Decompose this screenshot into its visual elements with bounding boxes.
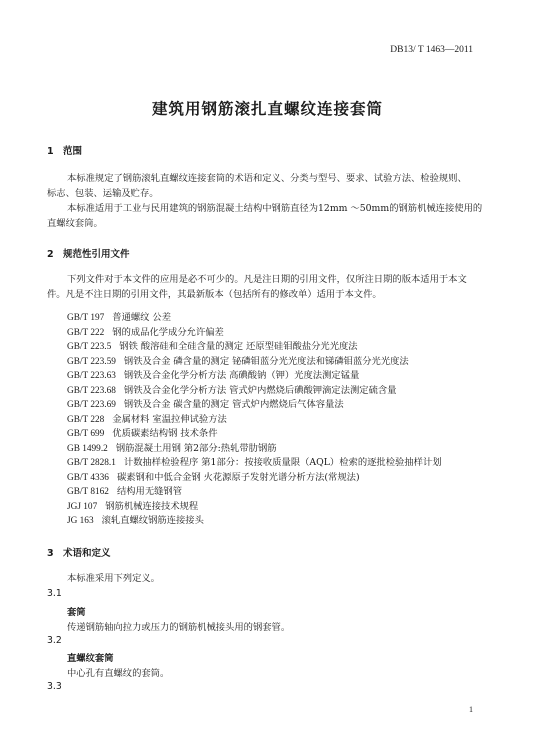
reference-code: GB/T 223.59 xyxy=(67,357,116,367)
paragraph-line: 本标准适用于工业与民用建筑的钢筋混凝土结构中钢筋直径为12mm ～50mm的钢筋… xyxy=(47,201,482,216)
reference-item: GB/T 222钢的成品化学成分允许偏差 xyxy=(67,324,224,338)
reference-item: GB/T 197普通螺纹 公差 xyxy=(67,309,171,323)
reference-title: 金属材料 室温拉伸试验方法 xyxy=(112,414,227,425)
reference-code: GB/T 223.5 xyxy=(67,342,111,352)
section-heading-normative-references: 2规范性引用文件 xyxy=(47,246,130,260)
reference-item: GB/T 223.63钢铁及合金化学分析方法 高碘酸钠（钾）光度法测定锰量 xyxy=(67,367,359,381)
reference-item: GB/T 2828.1计数抽样检验程序 第1部分：按接收质量限（AQL）检索的逐… xyxy=(67,454,442,468)
scope-paragraph-2: 本标准适用于工业与民用建筑的钢筋混凝土结构中钢筋直径为12mm ～50mm的钢筋… xyxy=(47,201,482,231)
section-title: 规范性引用文件 xyxy=(63,249,130,260)
paragraph-line: 标志、包装、运输及贮存。 xyxy=(47,186,467,201)
reference-title: 钢铁及合金化学分析方法 管式炉内燃烧后碘酸钾滴定法测定硫含量 xyxy=(124,385,397,396)
reference-code: GB/T 2828.1 xyxy=(67,458,116,468)
section-number: 2 xyxy=(47,249,63,260)
reference-item: GB/T 223.5钢铁 酸溶硅和全硅含量的测定 还原型硅钼酸盐分光光度法 xyxy=(67,338,358,352)
reference-title: 钢筋机械连接技术规程 xyxy=(105,501,198,512)
paragraph-line: 下列文件对于本文件的应用是必不可少的。凡是注日期的引用文件，仅所注日期的版本适用… xyxy=(47,272,467,287)
reference-item: JG 163滚轧直螺纹钢筋连接接头 xyxy=(67,512,204,526)
reference-item: GB/T 223.68钢铁及合金化学分析方法 管式炉内燃烧后碘酸钾滴定法测定硫含… xyxy=(67,382,396,396)
reference-code: GB/T 4336 xyxy=(67,473,109,483)
section-heading-scope: 1范围 xyxy=(47,143,82,157)
reference-item: GB/T 223.69钢铁及合金 碳含量的测定 管式炉内燃烧后气体容量法 xyxy=(67,396,344,410)
section-title: 术语和定义 xyxy=(63,548,111,559)
reference-title: 钢铁 酸溶硅和全硅含量的测定 还原型硅钼酸盐分光光度法 xyxy=(119,341,357,352)
clause-number: 3.3 xyxy=(47,681,62,692)
paragraph-line: 件。凡是不注日期的引用文件，其最新版本（包括所有的修改单）适用于本文件。 xyxy=(47,287,467,302)
term-name: 直螺纹套筒 xyxy=(67,650,114,664)
standard-number: DB13/ T 1463—2011 xyxy=(390,45,473,55)
reference-code: GB/T 223.69 xyxy=(67,400,116,410)
reference-title: 结构用无缝钢管 xyxy=(117,486,182,497)
term-definition: 传递钢筋轴向拉力或压力的钢筋机械接头用的钢套管。 xyxy=(67,619,290,633)
reference-title: 钢铁及合金 磷含量的测定 铋磷钼蓝分光光度法和锑磷钼蓝分光光度法 xyxy=(124,356,409,367)
reference-code: GB/T 8162 xyxy=(67,487,109,497)
scope-paragraph-1: 本标准规定了钢筋滚轧直螺纹连接套筒的术语和定义、分类与型号、要求、试验方法、检验… xyxy=(47,171,467,201)
reference-code: GB/T 222 xyxy=(67,328,104,338)
clause-number: 3.1 xyxy=(47,588,62,599)
section-heading-terms-and-definitions: 3术语和定义 xyxy=(47,545,111,559)
reference-item: GB 1499.2钢筋混凝土用钢 第2部分:热轧带肋钢筋 xyxy=(67,440,277,454)
document-title: 建筑用钢筋滚扎直螺纹连接套筒 xyxy=(0,97,535,119)
reference-item: GB/T 4336碳素钢和中低合金钢 火花源原子发射光谱分析方法(常规法) xyxy=(67,469,360,483)
reference-title: 优质碳素结构钢 技术条件 xyxy=(112,428,217,439)
term-definition: 中心孔有直螺纹的套筒。 xyxy=(67,665,169,679)
reference-title: 计数抽样检验程序 第1部分：按接收质量限（AQL）检索的逐批检验抽样计划 xyxy=(124,457,442,468)
reference-code: JGJ 107 xyxy=(67,502,97,512)
page-number: 1 xyxy=(469,705,473,714)
reference-title: 钢筋混凝土用钢 第2部分:热轧带肋钢筋 xyxy=(116,443,277,454)
term-name: 套筒 xyxy=(67,604,86,618)
reference-code: GB 1499.2 xyxy=(67,444,108,454)
reference-item: GB/T 228金属材料 室温拉伸试验方法 xyxy=(67,411,227,425)
references-intro: 下列文件对于本文件的应用是必不可少的。凡是注日期的引用文件，仅所注日期的版本适用… xyxy=(47,272,467,302)
section-number: 3 xyxy=(47,548,63,559)
reference-code: JG 163 xyxy=(67,516,94,526)
reference-item: GB/T 8162结构用无缝钢管 xyxy=(67,483,182,497)
terms-intro: 本标准采用下列定义。 xyxy=(47,571,160,586)
paragraph-line: 直螺纹套筒。 xyxy=(47,216,482,231)
reference-title: 钢铁及合金化学分析方法 高碘酸钠（钾）光度法测定锰量 xyxy=(124,370,359,381)
reference-code: GB/T 699 xyxy=(67,429,104,439)
reference-item: GB/T 699优质碳素结构钢 技术条件 xyxy=(67,425,218,439)
reference-item: GB/T 223.59钢铁及合金 磷含量的测定 铋磷钼蓝分光光度法和锑磷钼蓝分光… xyxy=(67,353,409,367)
reference-title: 钢铁及合金 碳含量的测定 管式炉内燃烧后气体容量法 xyxy=(124,399,344,410)
reference-code: GB/T 197 xyxy=(67,313,104,323)
clause-number: 3.2 xyxy=(47,635,62,646)
paragraph-line: 本标准规定了钢筋滚轧直螺纹连接套筒的术语和定义、分类与型号、要求、试验方法、检验… xyxy=(47,171,467,186)
reference-title: 普通螺纹 公差 xyxy=(112,312,171,323)
reference-title: 钢的成品化学成分允许偏差 xyxy=(112,327,224,338)
reference-title: 滚轧直螺纹钢筋连接接头 xyxy=(102,515,204,526)
reference-code: GB/T 228 xyxy=(67,415,104,425)
reference-title: 碳素钢和中低合金钢 火花源原子发射光谱分析方法(常规法) xyxy=(117,472,360,483)
section-title: 范围 xyxy=(63,146,82,157)
section-number: 1 xyxy=(47,146,63,157)
reference-code: GB/T 223.63 xyxy=(67,371,116,381)
reference-code: GB/T 223.68 xyxy=(67,386,116,396)
reference-item: JGJ 107钢筋机械连接技术规程 xyxy=(67,498,198,512)
